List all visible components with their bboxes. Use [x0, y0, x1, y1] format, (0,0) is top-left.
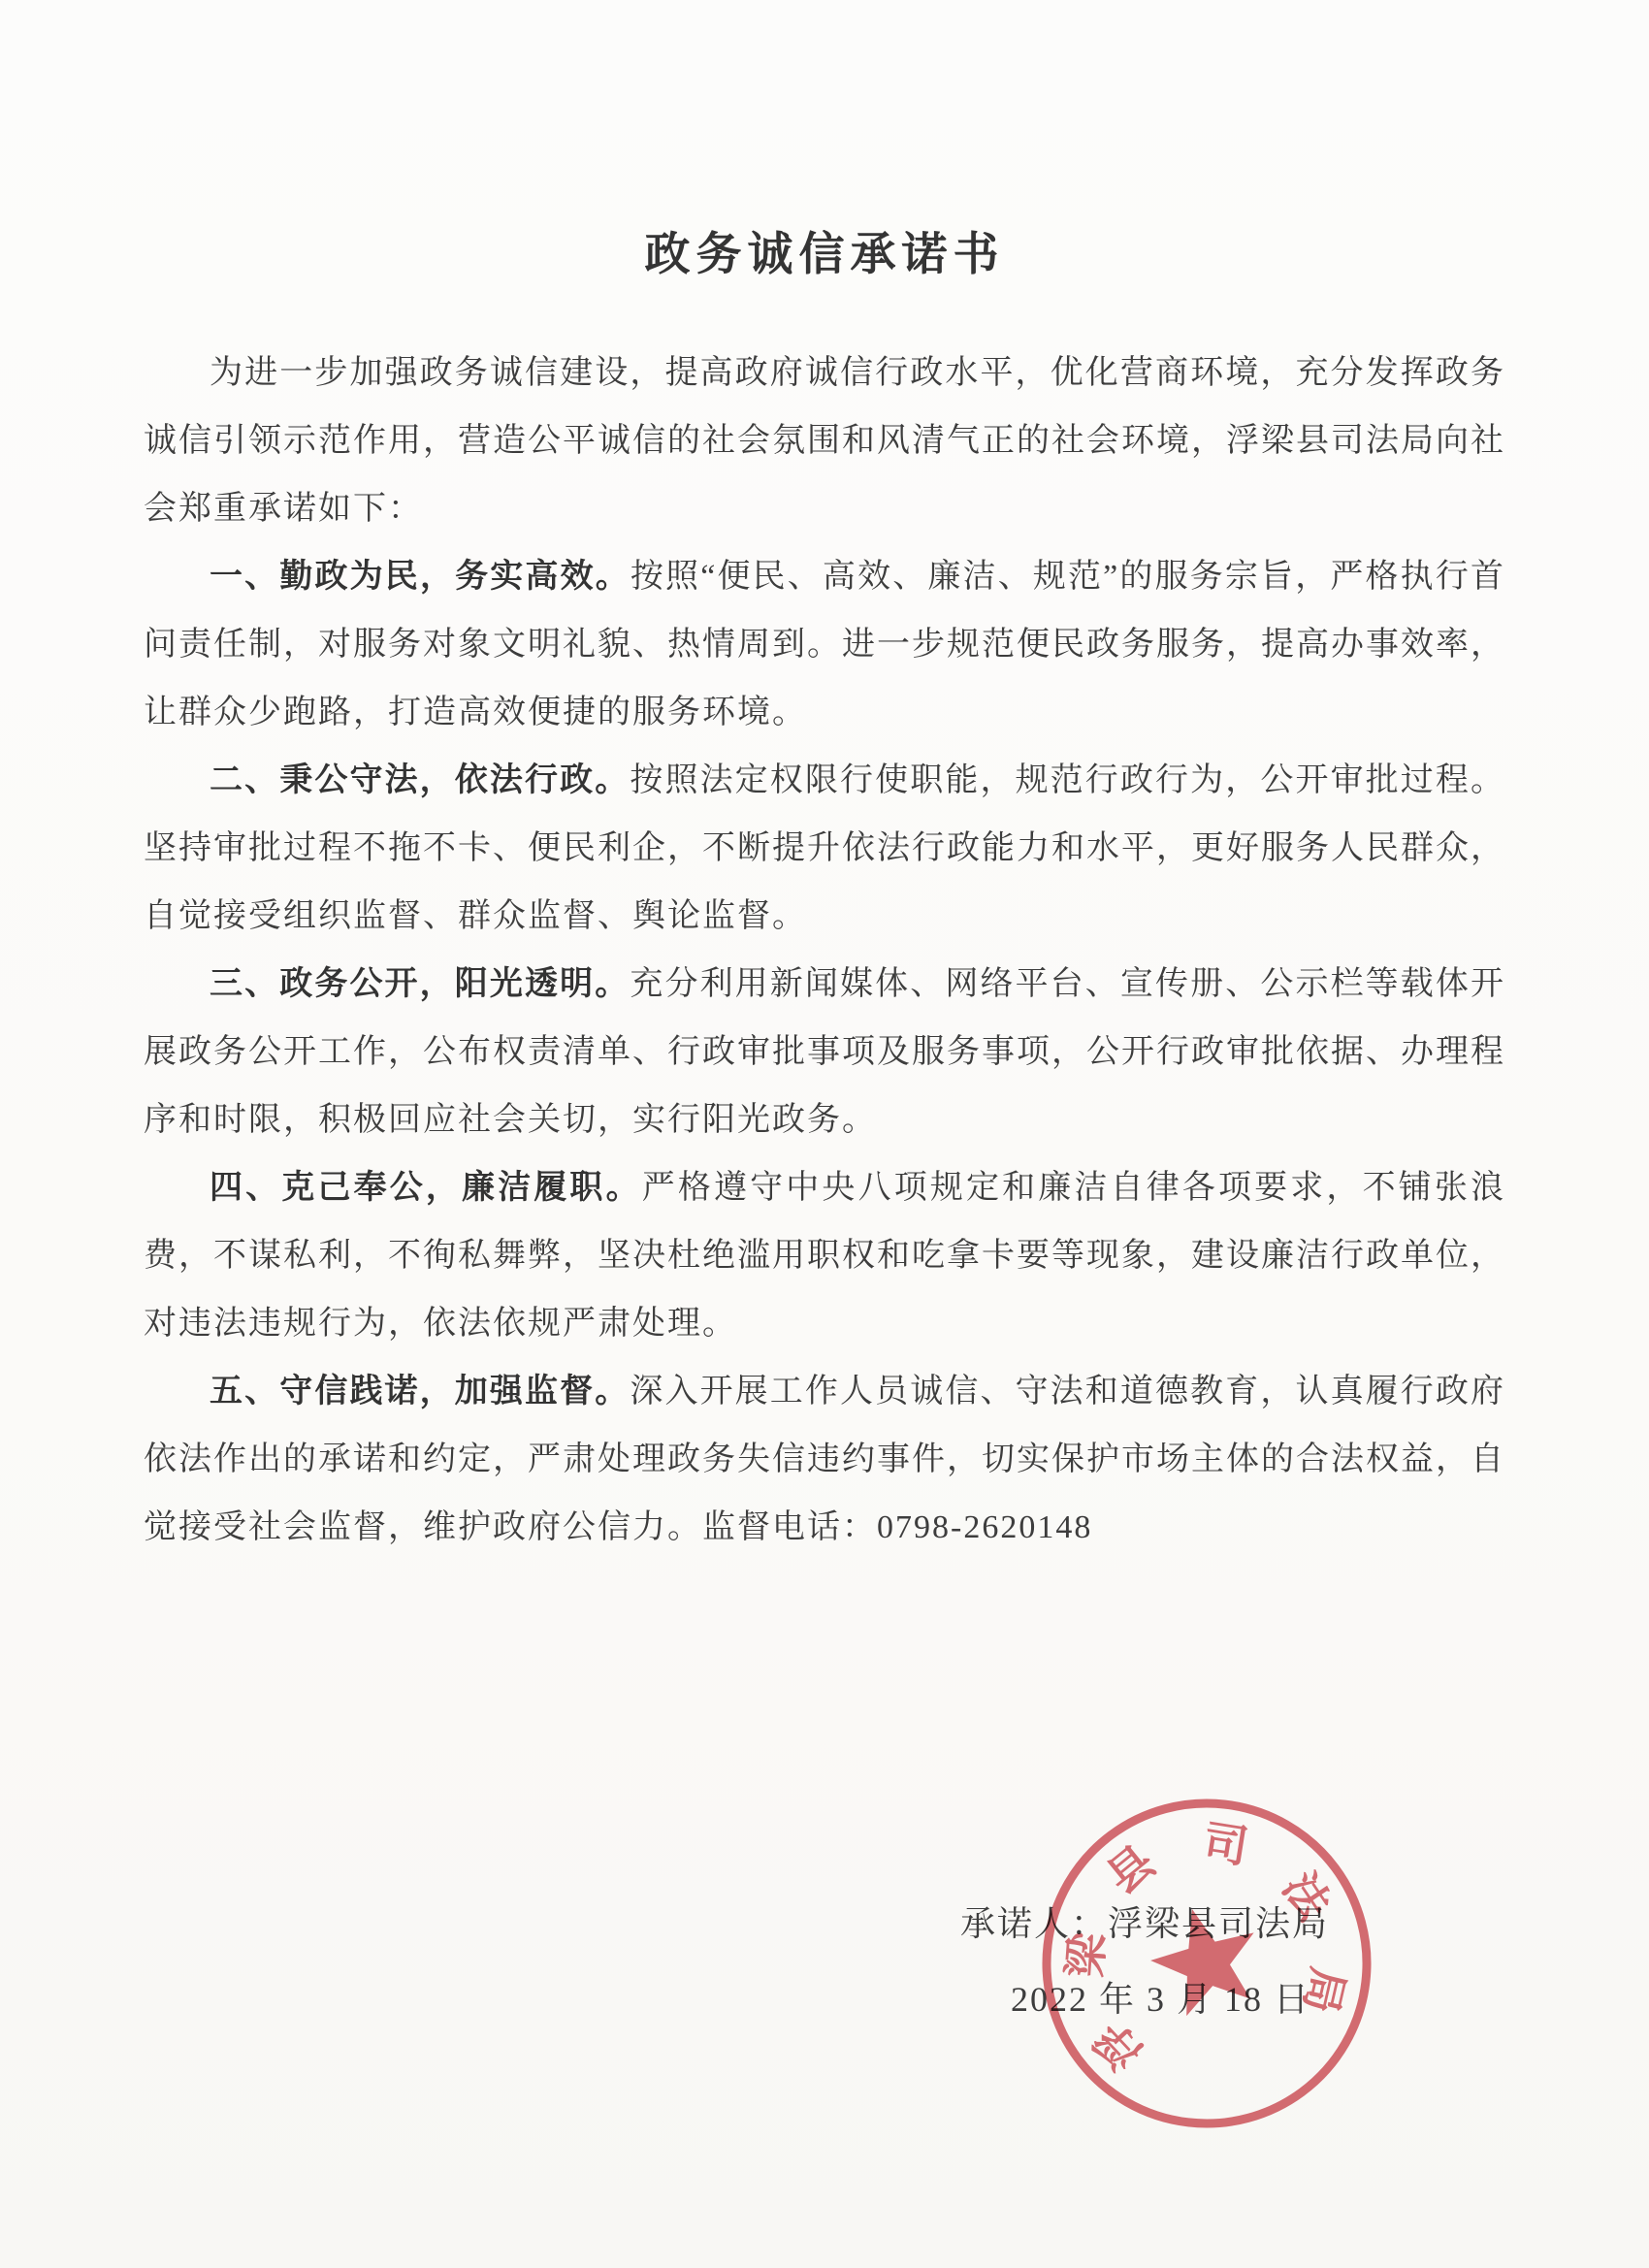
date-line: 2022 年 3 月 18 日 — [1011, 1972, 1310, 2022]
seal-char-3: 县 — [1098, 1836, 1164, 1903]
signer-line: 承诺人：浮梁县司法局 — [960, 1896, 1329, 1946]
promise-item-5: 五、守信践诺，加强监督。深入开展工作人员诚信、守法和道德教育，认真履行政府依法作… — [144, 1358, 1505, 1562]
promise-item-2-heading: 二、秉公守法，依法行政。 — [210, 762, 630, 798]
promise-item-2: 二、秉公守法，依法行政。按照法定权限行使职能，规范行政行为，公开审批过程。坚持审… — [144, 747, 1505, 951]
seal-ring — [1026, 1783, 1387, 2144]
promise-item-3-heading: 三、政务公开，阳光透明。 — [210, 966, 630, 1002]
seal-char-1: 浮 — [1085, 2012, 1152, 2078]
official-seal-stamp: 浮 梁 县 司 法 局 — [1026, 1783, 1387, 2144]
promise-item-5-heading: 五、守信践诺，加强监督。 — [210, 1374, 630, 1409]
document-title: 政务诚信承诺书 — [0, 0, 1649, 283]
promise-item-1-heading: 一、勤政为民，务实高效。 — [210, 559, 630, 595]
document-body: 为进一步加强政务诚信建设，提高政府诚信行政水平，优化营商环境，充分发挥政务诚信引… — [144, 340, 1505, 1562]
promise-item-4: 四、克己奉公，廉洁履职。严格遵守中央八项规定和廉洁自律各项要求，不铺张浪费，不谋… — [144, 1154, 1505, 1358]
promise-item-4-heading: 四、克己奉公，廉洁履职。 — [210, 1170, 642, 1206]
document-page: 政务诚信承诺书 为进一步加强政务诚信建设，提高政府诚信行政水平，优化营商环境，充… — [0, 0, 1649, 2268]
intro-paragraph: 为进一步加强政务诚信建设，提高政府诚信行政水平，优化营商环境，充分发挥政务诚信引… — [144, 340, 1505, 543]
promise-item-1: 一、勤政为民，务实高效。按照“便民、高效、廉洁、规范”的服务宗旨，严格执行首问责… — [144, 543, 1505, 747]
promise-item-3: 三、政务公开，阳光透明。充分利用新闻媒体、网络平台、宣传册、公示栏等载体开展政务… — [144, 951, 1505, 1154]
seal-char-4: 司 — [1200, 1817, 1251, 1873]
